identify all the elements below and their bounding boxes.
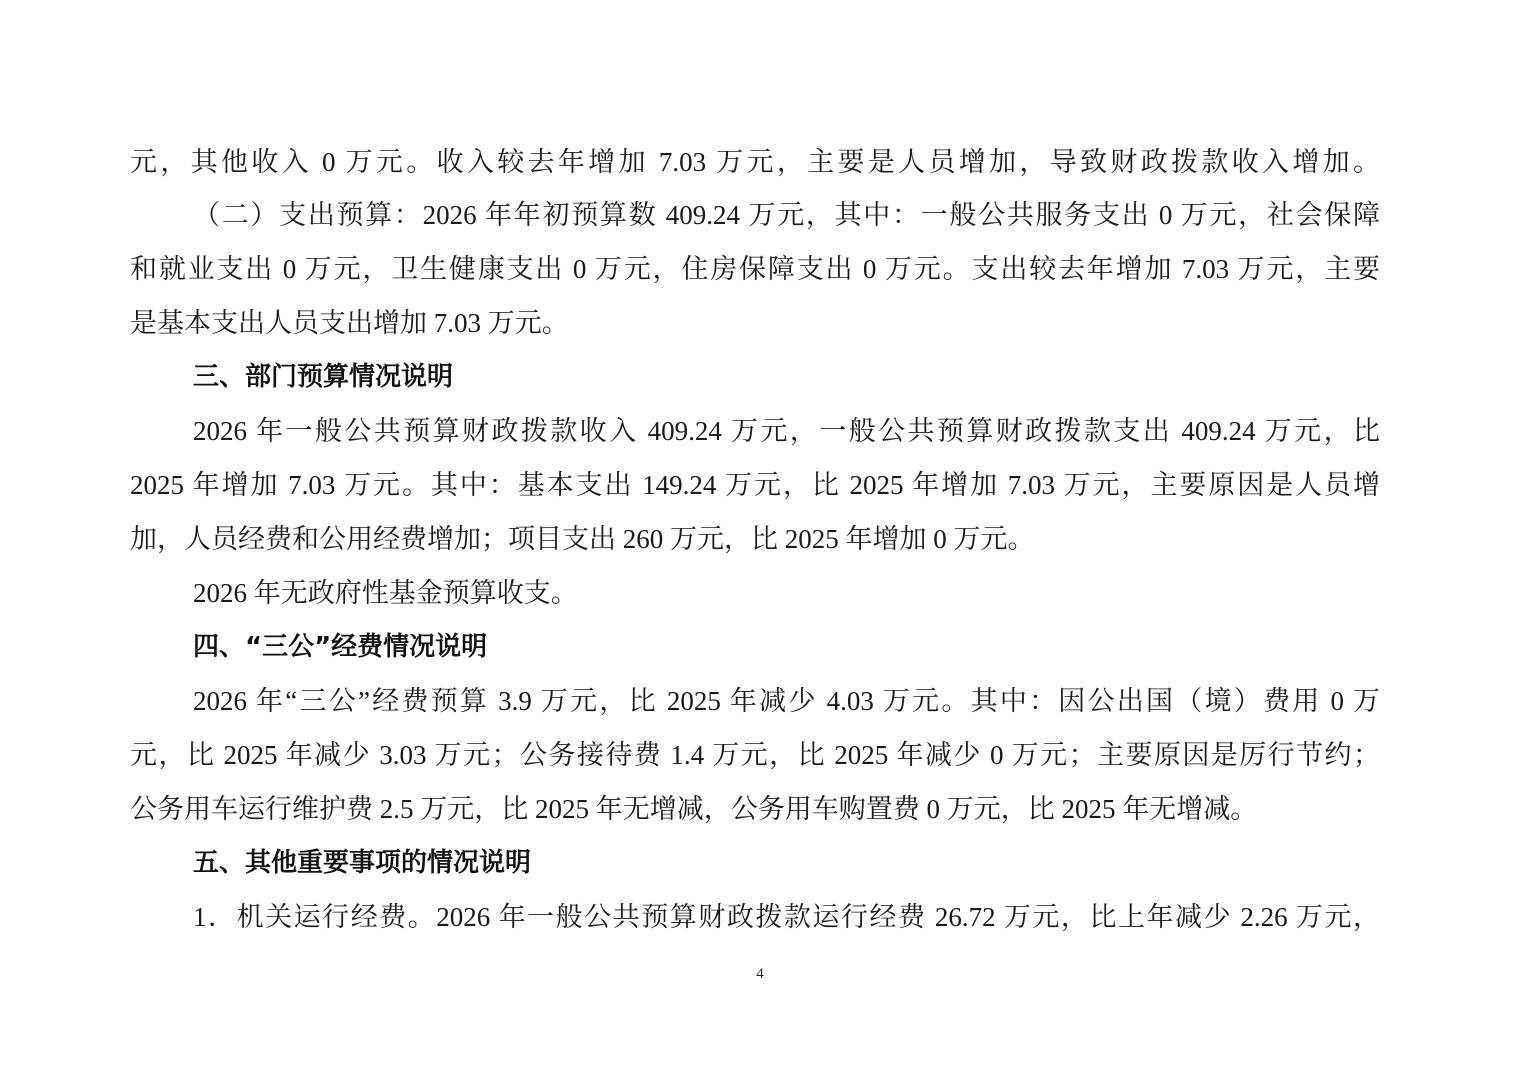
expenditure-budget-line-3: 是基本支出人员支出增加 7.03 万元。 xyxy=(130,305,1380,341)
expenditure-budget-line-2: 和就业支出 0 万元，卫生健康支出 0 万元，住房保障支出 0 万元。支出较去年… xyxy=(130,251,1380,287)
government-fund-line: 2026 年无政府性基金预算收支。 xyxy=(193,575,1380,611)
department-budget-line-2: 2025 年增加 7.03 万元。其中：基本支出 149.24 万元，比 202… xyxy=(130,467,1380,503)
department-budget-line-3: 加，人员经费和公用经费增加；项目支出 260 万元，比 2025 年增加 0 万… xyxy=(130,521,1380,557)
expenditure-budget-line-1: （二）支出预算：2026 年年初预算数 409.24 万元，其中：一般公共服务支… xyxy=(193,197,1380,233)
income-summary-line: 元，其他收入 0 万元。收入较去年增加 7.03 万元，主要是人员增加，导致财政… xyxy=(130,144,1380,180)
three-public-line-2: 元，比 2025 年减少 3.03 万元；公务接待费 1.4 万元，比 2025… xyxy=(130,737,1380,773)
section-heading-department-budget: 三、部门预算情况说明 xyxy=(193,359,453,395)
section-heading-three-public-expenses: 四、“三公”经费情况说明 xyxy=(193,629,487,665)
document-page: 元，其他收入 0 万元。收入较去年增加 7.03 万元，主要是人员增加，导致财政… xyxy=(0,0,1520,1074)
section-heading-other-matters: 五、其他重要事项的情况说明 xyxy=(193,845,531,881)
page-number: 4 xyxy=(740,966,780,983)
three-public-line-3: 公务用车运行维护费 2.5 万元，比 2025 年无增减，公务用车购置费 0 万… xyxy=(130,791,1380,827)
three-public-line-1: 2026 年“三公”经费预算 3.9 万元，比 2025 年减少 4.03 万元… xyxy=(193,683,1380,719)
department-budget-line-1: 2026 年一般公共预算财政拨款收入 409.24 万元，一般公共预算财政拨款支… xyxy=(193,413,1380,449)
operating-expenses-line-1: 1．机关运行经费。2026 年一般公共预算财政拨款运行经费 26.72 万元，比… xyxy=(193,899,1380,935)
